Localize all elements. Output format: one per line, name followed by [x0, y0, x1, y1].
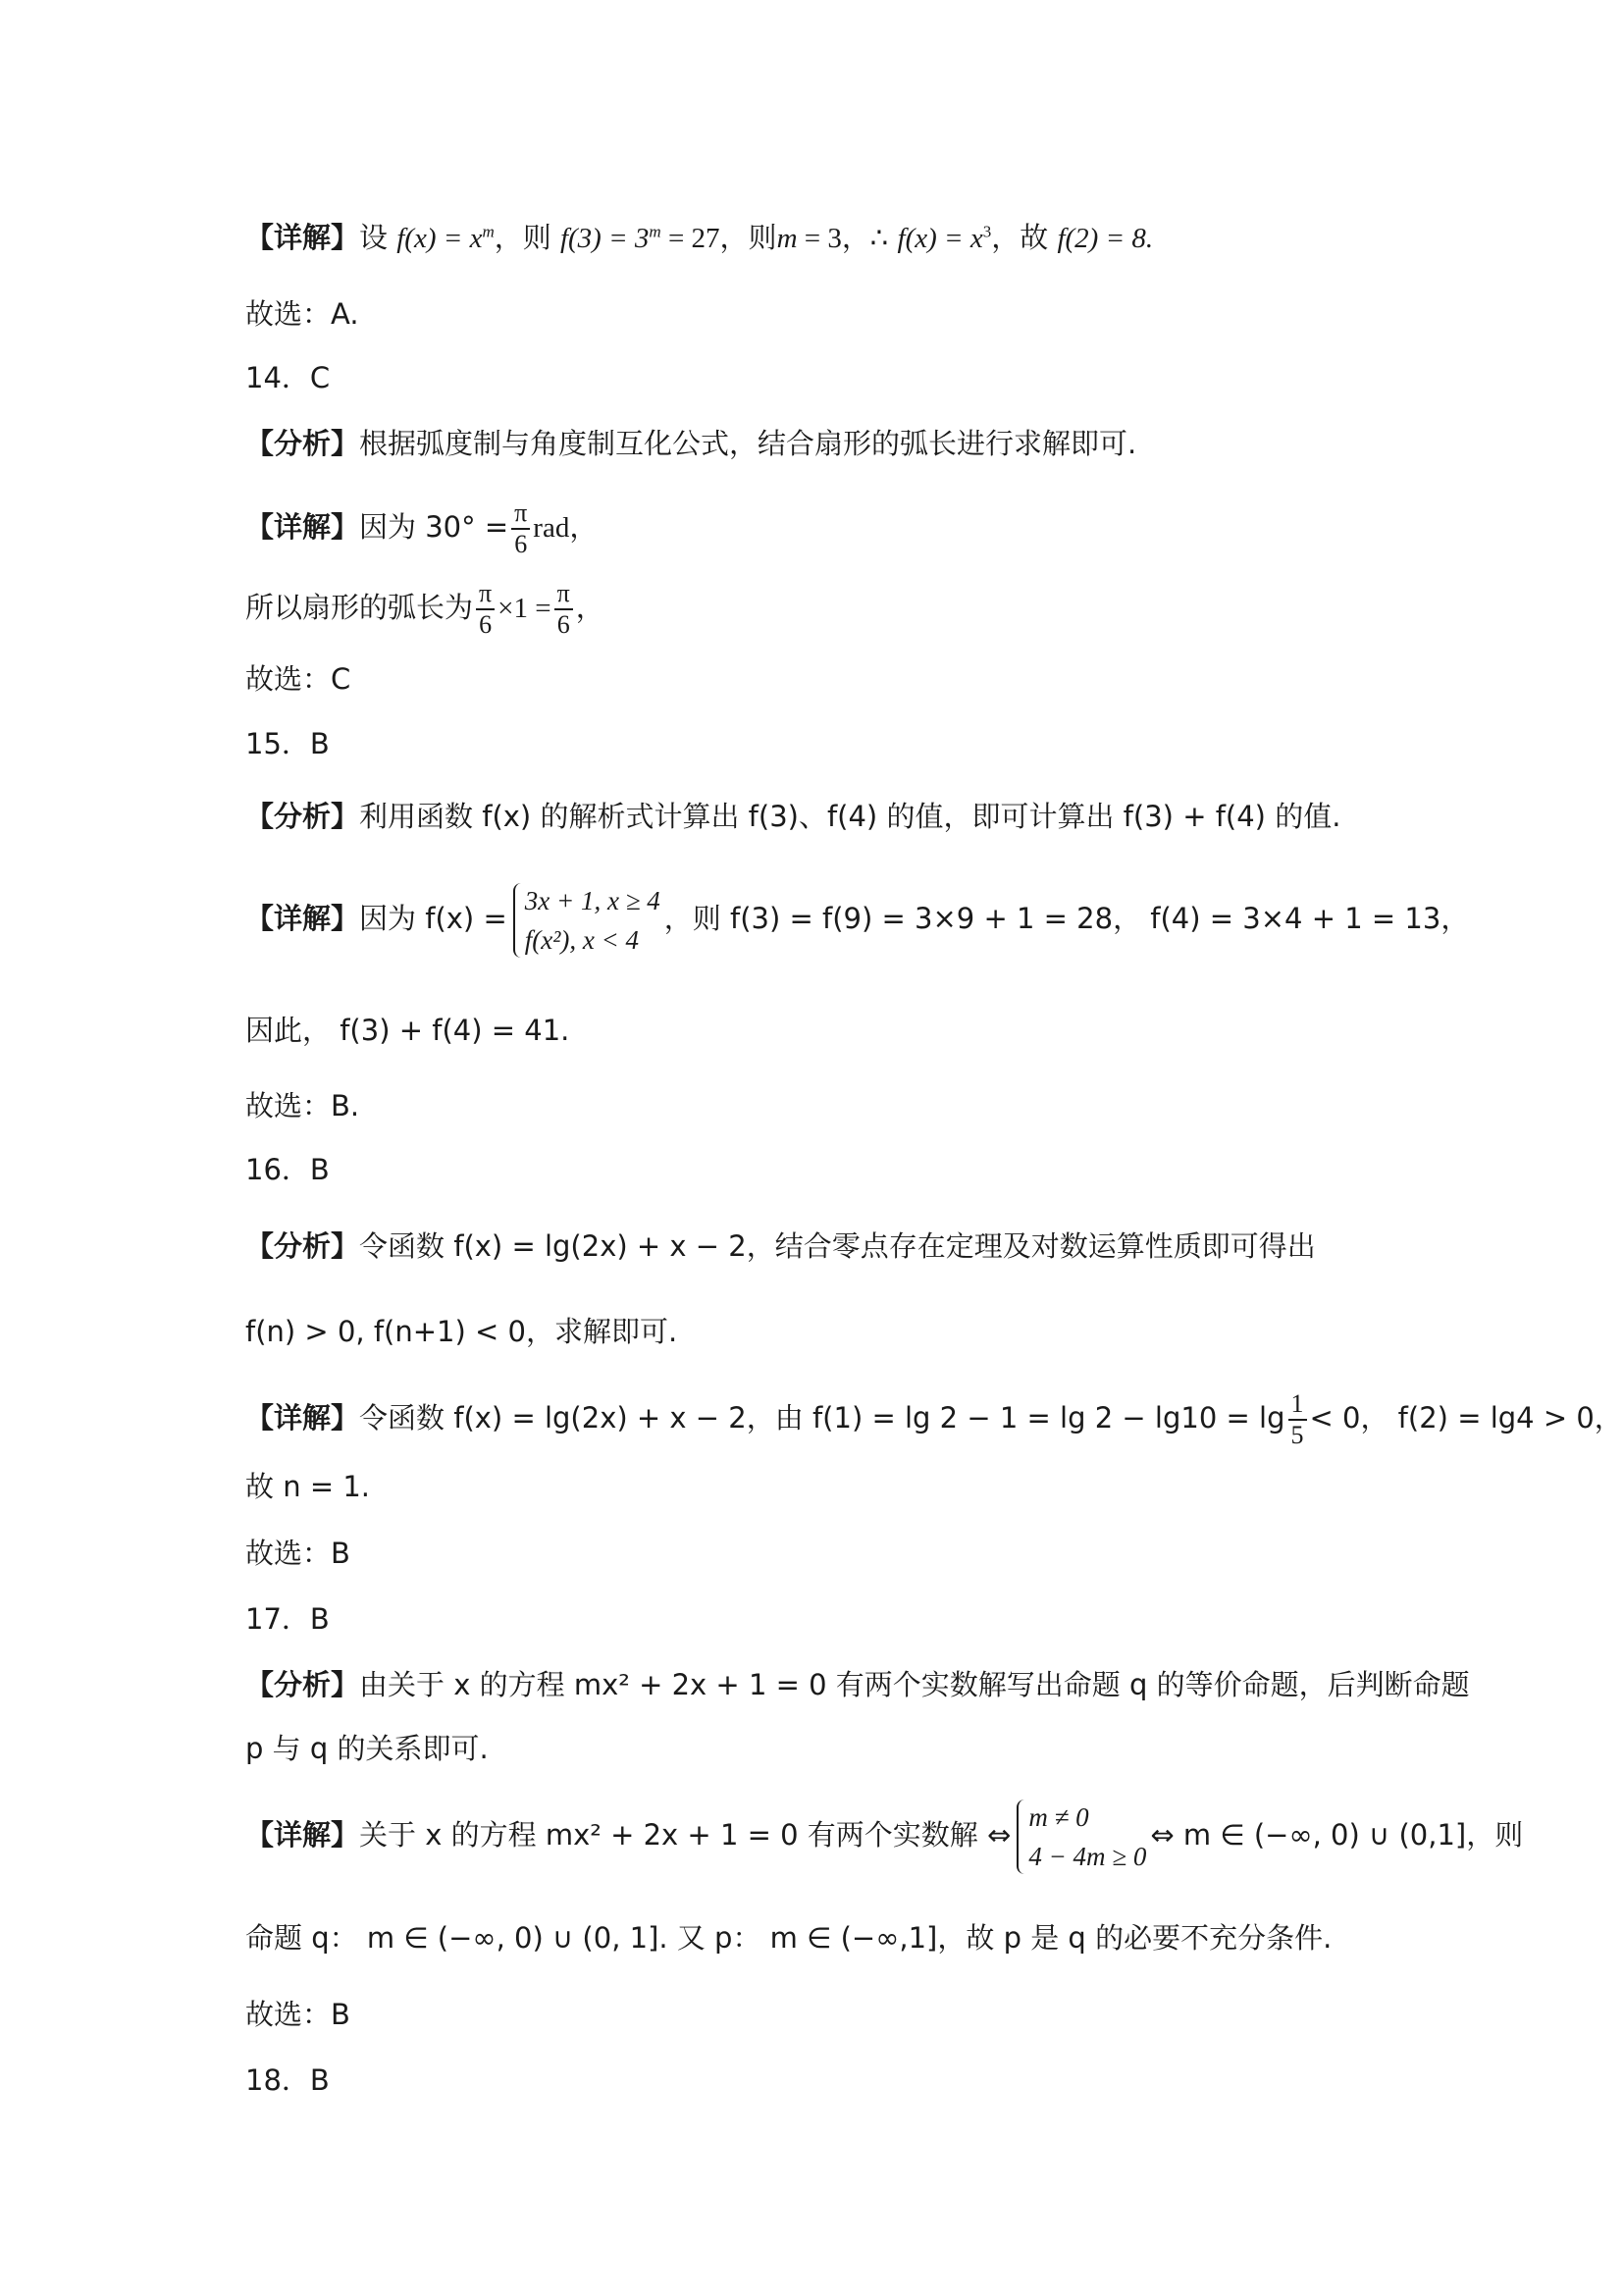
q17-analysis-1: 【分析】由关于 x 的方程 mx² + 2x + 1 = 0 有两个实数解写出命…: [245, 1665, 1470, 1704]
q15-detail: 【详解】因为 f(x) =3x + 1, x ≥ 4f(x²), x < 4，则…: [245, 881, 1469, 960]
text: 因为 f(x) =: [359, 902, 507, 935]
q14-answer: 故选：C: [245, 659, 350, 699]
analysis-text: 利用函数 f(x) 的解析式计算出 f(3)、f(4) 的值，即可计算出 f(3…: [359, 800, 1340, 833]
detail-tag: 【详解】: [245, 1818, 359, 1852]
q14-heading: 14．C: [245, 358, 330, 397]
q13-answer: 故选：A.: [245, 294, 359, 334]
text: ，故: [991, 221, 1048, 254]
q14-detail: 【详解】因为 30° =π6rad，: [245, 500, 598, 557]
q16-conclusion: 故 n = 1.: [245, 1467, 370, 1506]
q17-heading: 17．B: [245, 1599, 330, 1639]
fraction: π6: [476, 581, 495, 638]
q16-detail: 【详解】令函数 f(x) = lg(2x) + x − 2，由 f(1) = l…: [245, 1391, 1623, 1448]
detail-tag: 【详解】: [245, 510, 359, 544]
detail-tag: 【详解】: [245, 1401, 359, 1435]
variable: m: [777, 223, 798, 254]
formula: f(2) = 8.: [1057, 223, 1153, 254]
superscript: m: [482, 222, 494, 240]
q15-answer: 故选：B.: [245, 1086, 359, 1125]
q17-answer: 故选：B: [245, 1995, 350, 2034]
text: ⇔ m ∈ (−∞, 0) ∪ (0,1]，则: [1150, 1818, 1523, 1852]
detail-tag: 【详解】: [245, 902, 359, 935]
denominator: 6: [511, 530, 530, 557]
q18-heading: 18．B: [245, 2061, 330, 2100]
q16-analysis-1: 【分析】令函数 f(x) = lg(2x) + x − 2，结合零点存在定理及对…: [245, 1226, 1316, 1266]
detail-tag: 【详解】: [245, 221, 359, 254]
case-row: 3x + 1, x ≥ 4: [525, 881, 660, 920]
case-row: 4 − 4m ≥ 0: [1028, 1837, 1146, 1876]
denominator: 6: [554, 610, 573, 638]
q16-answer: 故选：B: [245, 1534, 350, 1573]
analysis-tag: 【分析】: [245, 800, 359, 833]
q16-analysis-2: f(n) > 0, f(n+1) < 0，求解即可.: [245, 1312, 677, 1351]
q15-analysis: 【分析】利用函数 f(x) 的解析式计算出 f(3)、f(4) 的值，即可计算出…: [245, 797, 1340, 836]
text: 令函数 f(x) = lg(2x) + x − 2，由 f(1) = lg 2 …: [359, 1401, 1284, 1435]
q15-conclusion: 因此， f(3) + f(4) = 41.: [245, 1011, 569, 1050]
q15-heading: 15．B: [245, 724, 330, 763]
piecewise-cases: 3x + 1, x ≥ 4f(x²), x < 4: [511, 881, 660, 960]
formula: f(3) = 3: [560, 223, 649, 254]
fraction: π6: [554, 581, 573, 638]
formula: f(x) = x: [898, 223, 983, 254]
q14-arc: 所以扇形的弧长为π6×1 =π6，: [245, 581, 604, 638]
text: ，则 f(3) = f(9) = 3×9 + 1 = 28， f(4) = 3×…: [664, 902, 1470, 935]
case-row: m ≠ 0: [1028, 1798, 1146, 1837]
text: rad，: [533, 512, 598, 544]
text: 因为 30° =: [359, 510, 508, 544]
numerator: 1: [1288, 1391, 1307, 1421]
text: ，∴: [842, 221, 888, 254]
case-row: f(x²), x < 4: [525, 920, 660, 960]
analysis-text: 由关于 x 的方程 mx² + 2x + 1 = 0 有两个实数解写出命题 q …: [359, 1668, 1470, 1701]
fraction: π6: [511, 500, 530, 557]
formula: = 3: [798, 223, 842, 254]
text: ，: [576, 591, 604, 624]
superscript: 3: [983, 222, 992, 240]
q17-analysis-2: p 与 q 的关系即可.: [245, 1729, 489, 1768]
fraction: 15: [1288, 1391, 1307, 1448]
q17-conclusion: 命题 q： m ∈ (−∞, 0) ∪ (0, 1]. 又 p： m ∈ (−∞…: [245, 1918, 1332, 1957]
denominator: 6: [476, 610, 495, 638]
text: 所以扇形的弧长为: [245, 591, 473, 624]
text: ，则: [495, 221, 551, 254]
numerator: π: [554, 581, 573, 610]
numerator: π: [511, 500, 530, 530]
q16-heading: 16．B: [245, 1150, 330, 1189]
text: ×1 =: [497, 593, 550, 624]
text: < 0， f(2) = lg4 > 0，: [1310, 1401, 1623, 1435]
analysis-tag: 【分析】: [245, 427, 359, 460]
document-page: 【详解】设 f(x) = xm，则 f(3) = 3m = 27，则m = 3，…: [0, 0, 1623, 2296]
q17-detail: 【详解】关于 x 的方程 mx² + 2x + 1 = 0 有两个实数解 ⇔m …: [245, 1798, 1523, 1876]
text: 关于 x 的方程 mx² + 2x + 1 = 0 有两个实数解 ⇔: [359, 1818, 1011, 1852]
analysis-tag: 【分析】: [245, 1229, 359, 1263]
analysis-text: 令函数 f(x) = lg(2x) + x − 2，结合零点存在定理及对数运算性…: [359, 1229, 1316, 1263]
superscript: m: [649, 222, 660, 240]
q14-analysis: 【分析】根据弧度制与角度制互化公式，结合扇形的弧长进行求解即可.: [245, 424, 1136, 463]
analysis-tag: 【分析】: [245, 1668, 359, 1701]
text: 设: [359, 221, 388, 254]
q13-detail: 【详解】设 f(x) = xm，则 f(3) = 3m = 27，则m = 3，…: [245, 218, 1153, 258]
numerator: π: [476, 581, 495, 610]
denominator: 5: [1288, 1421, 1307, 1448]
analysis-text: 根据弧度制与角度制互化公式，结合扇形的弧长进行求解即可.: [359, 427, 1136, 460]
text: ，则: [720, 221, 777, 254]
piecewise-cases: m ≠ 04 − 4m ≥ 0: [1015, 1798, 1146, 1876]
formula: f(x) = x: [396, 223, 482, 254]
formula: = 27: [661, 223, 720, 254]
